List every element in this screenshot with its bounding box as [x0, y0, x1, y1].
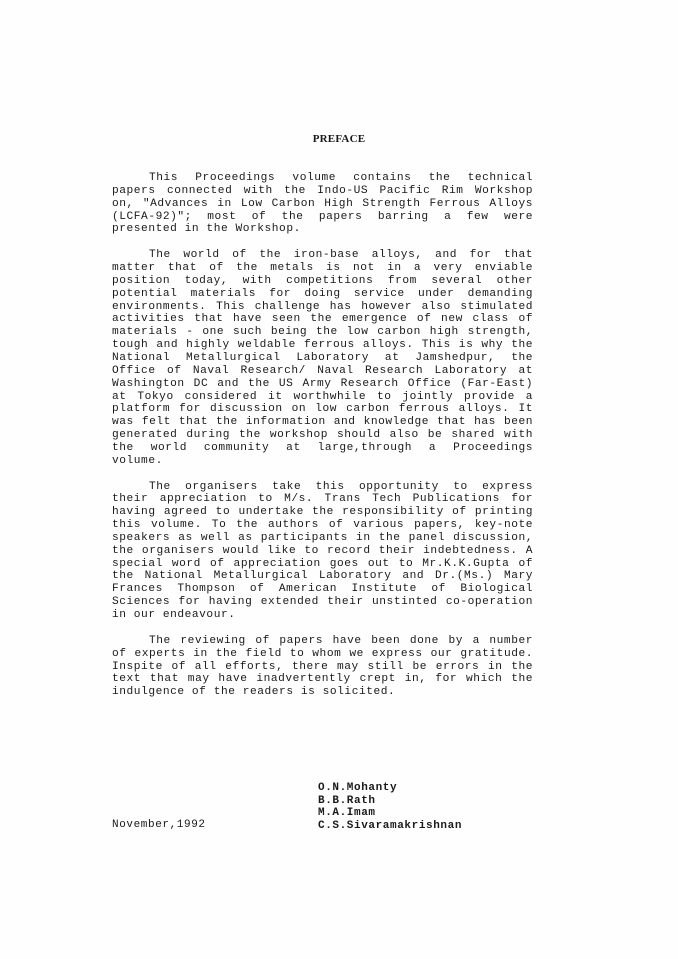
document-page: PREFACE This Proceedings volume contains…	[0, 0, 678, 959]
signatories: O.N.Mohanty B.B.Rath M.A.Imam C.S.Sivara…	[318, 782, 462, 832]
paragraph-1: This Proceedings volume contains the tec…	[112, 172, 533, 236]
paragraph-text: The organisers take this opportunity to …	[112, 481, 533, 621]
paragraph-text: The world of the iron-base alloys, and f…	[112, 249, 533, 467]
paragraph-text: This Proceedings volume contains the tec…	[112, 172, 533, 235]
signature-date: November,1992	[112, 819, 206, 831]
signatory-name: O.N.Mohanty	[318, 782, 462, 795]
signatory-name: C.S.Sivaramakrishnan	[318, 820, 462, 833]
paragraph-text: The reviewing of papers have been done b…	[112, 635, 533, 698]
page-title: PREFACE	[0, 133, 678, 145]
paragraph-4: The reviewing of papers have been done b…	[112, 635, 533, 699]
signatory-name: B.B.Rath	[318, 795, 462, 808]
paragraph-2: The world of the iron-base alloys, and f…	[112, 249, 533, 467]
signatory-name: M.A.Imam	[318, 807, 462, 820]
preface-body: This Proceedings volume contains the tec…	[112, 172, 533, 712]
paragraph-3: The organisers take this opportunity to …	[112, 481, 533, 622]
